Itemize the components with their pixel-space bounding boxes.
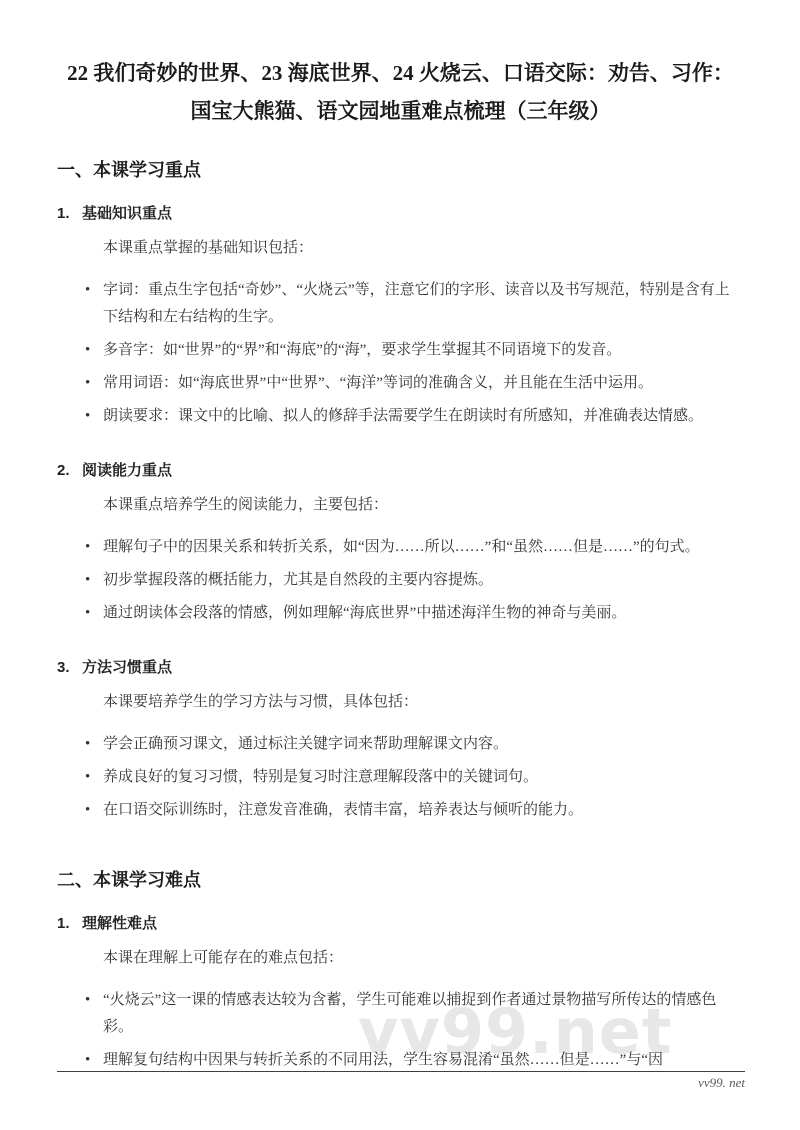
- bullet-list: 理解句子中的因果关系和转折关系，如“因为……所以……”和“虽然……但是……”的句…: [57, 534, 744, 627]
- subsection-heading-method-habits: 3.方法习惯重点: [57, 657, 744, 678]
- subsection-title: 基础知识重点: [82, 205, 172, 222]
- bullet-list: 学会正确预习课文，通过标注关键字词来帮助理解课文内容。 养成良好的复习习惯，特别…: [57, 731, 744, 824]
- bullet-item: 朗读要求：课文中的比喻、拟人的修辞手法需要学生在朗读时有所感知，并准确表达情感。: [85, 403, 744, 430]
- bullet-item: 理解句子中的因果关系和转折关系，如“因为……所以……”和“虽然……但是……”的句…: [85, 534, 744, 561]
- intro-paragraph: 本课在理解上可能存在的难点包括：: [103, 945, 744, 972]
- subsection-heading-basic-knowledge: 1.基础知识重点: [57, 203, 744, 224]
- bullet-item: 字词：重点生字包括“奇妙”、“火烧云”等，注意它们的字形、读音以及书写规范，特别…: [85, 277, 744, 331]
- bullet-item: 通过朗读体会段落的情感，例如理解“海底世界”中描述海洋生物的神奇与美丽。: [85, 600, 744, 627]
- subsection-comprehension-difficulty: 1.理解性难点 本课在理解上可能存在的难点包括： “火烧云”这一课的情感表达较为…: [57, 913, 744, 1074]
- intro-paragraph: 本课重点培养学生的阅读能力，主要包括：: [103, 492, 744, 519]
- bullet-list: “火烧云”这一课的情感表达较为含蓄，学生可能难以捕捉到作者通过景物描写所传达的情…: [57, 987, 744, 1074]
- bullet-item: 在口语交际训练时，注意发音准确，表情丰富，培养表达与倾听的能力。: [85, 797, 744, 824]
- bullet-item: “火烧云”这一课的情感表达较为含蓄，学生可能难以捕捉到作者通过景物描写所传达的情…: [85, 987, 744, 1041]
- document-page: vv99.net 22 我们奇妙的世界、23 海底世界、24 火烧云、口语交际：…: [0, 0, 800, 1130]
- bullet-item: 养成良好的复习习惯，特别是复习时注意理解段落中的关键词句。: [85, 764, 744, 791]
- page-footer: vv99. net: [57, 1071, 745, 1091]
- bullet-list: 字词：重点生字包括“奇妙”、“火烧云”等，注意它们的字形、读音以及书写规范，特别…: [57, 277, 744, 430]
- subsection-number: 2.: [57, 460, 82, 481]
- bullet-item: 初步掌握段落的概括能力，尤其是自然段的主要内容提炼。: [85, 567, 744, 594]
- subsection-title: 理解性难点: [82, 915, 157, 932]
- document-title-line-1: 22 我们奇妙的世界、23 海底世界、24 火烧云、口语交际：劝告、习作：: [57, 54, 744, 92]
- subsection-reading-ability: 2.阅读能力重点 本课重点培养学生的阅读能力，主要包括： 理解句子中的因果关系和…: [57, 460, 744, 627]
- section-heading-difficulties: 二、本课学习难点: [57, 868, 744, 893]
- subsection-title: 阅读能力重点: [82, 462, 172, 479]
- footer-site-credit: vv99. net: [57, 1075, 745, 1091]
- bullet-item: 学会正确预习课文，通过标注关键字词来帮助理解课文内容。: [85, 731, 744, 758]
- subsection-number: 1.: [57, 203, 82, 224]
- subsection-number: 3.: [57, 657, 82, 678]
- document-title-line-2: 国宝大熊猫、语文园地重难点梳理（三年级）: [57, 92, 744, 130]
- intro-paragraph: 本课要培养学生的学习方法与习惯，具体包括：: [103, 689, 744, 716]
- subsection-method-habits: 3.方法习惯重点 本课要培养学生的学习方法与习惯，具体包括： 学会正确预习课文，…: [57, 657, 744, 824]
- subsection-heading-comprehension-difficulty: 1.理解性难点: [57, 913, 744, 934]
- subsection-title: 方法习惯重点: [82, 659, 172, 676]
- intro-paragraph: 本课重点掌握的基础知识包括：: [103, 235, 744, 262]
- section-learning-key-points: 一、本课学习重点 1.基础知识重点 本课重点掌握的基础知识包括： 字词：重点生字…: [57, 158, 744, 824]
- subsection-heading-reading-ability: 2.阅读能力重点: [57, 460, 744, 481]
- subsection-basic-knowledge: 1.基础知识重点 本课重点掌握的基础知识包括： 字词：重点生字包括“奇妙”、“火…: [57, 203, 744, 430]
- subsection-number: 1.: [57, 913, 82, 934]
- document-title: 22 我们奇妙的世界、23 海底世界、24 火烧云、口语交际：劝告、习作： 国宝…: [57, 54, 744, 130]
- section-heading-key-points: 一、本课学习重点: [57, 158, 744, 183]
- bullet-item: 理解复句结构中因果与转折关系的不同用法，学生容易混淆“虽然……但是……”与“因: [85, 1047, 744, 1074]
- bullet-item: 常用词语：如“海底世界”中“世界”、“海洋”等词的准确含义，并且能在生活中运用。: [85, 370, 744, 397]
- bullet-item: 多音字：如“世界”的“界”和“海底”的“海”，要求学生掌握其不同语境下的发音。: [85, 337, 744, 364]
- footer-divider: [57, 1071, 745, 1072]
